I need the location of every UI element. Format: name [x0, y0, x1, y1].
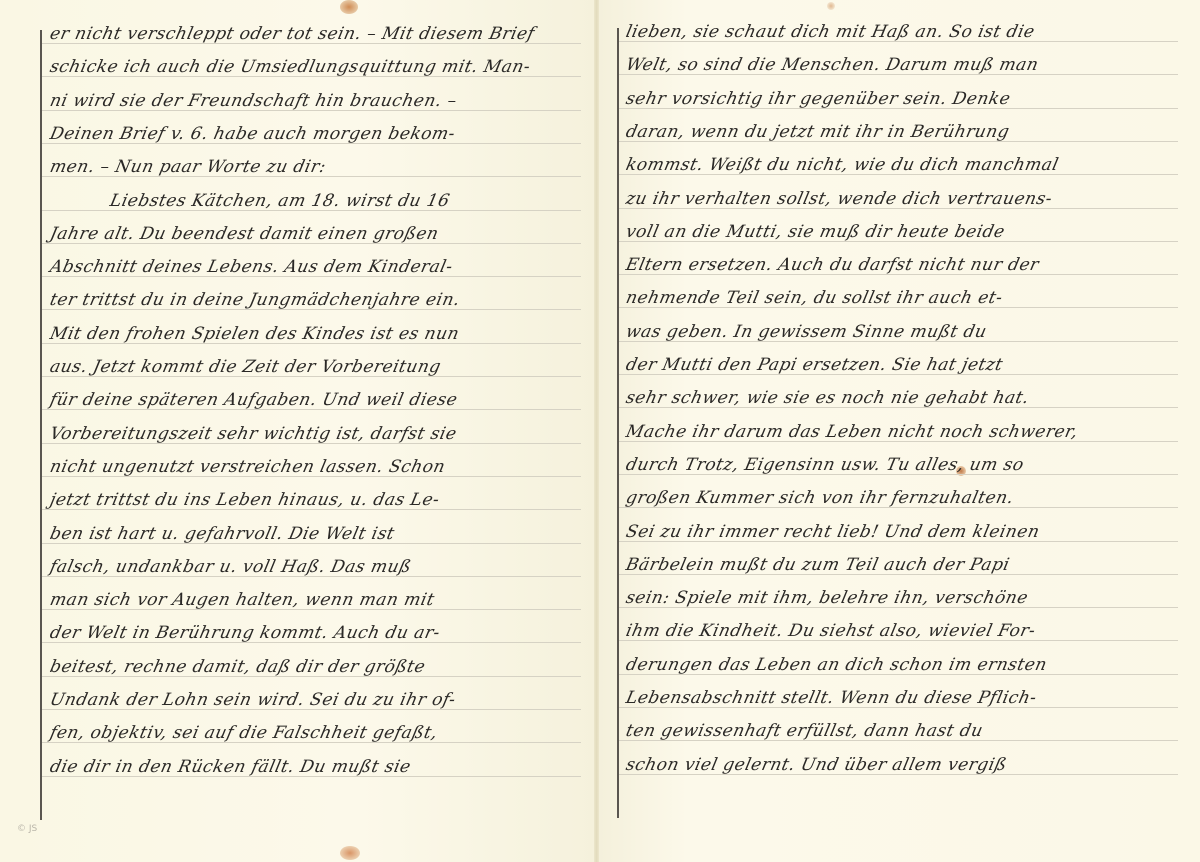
- handwritten-line: daran, wenn du jetzt mit ihr in Berührun…: [624, 122, 1011, 142]
- handwritten-line: sein: Spiele mit ihm, belehre ihn, versc…: [624, 588, 1030, 608]
- handwritten-line: der Welt in Berührung kommt. Auch du ar-: [48, 623, 442, 643]
- left-page-text: er nicht verschleppt oder tot sein. – Mi…: [48, 0, 588, 862]
- handwritten-line: men. – Nun paar Worte zu dir:: [48, 157, 328, 177]
- handwritten-line: derungen das Leben an dich schon im erns…: [624, 655, 1049, 675]
- handwritten-line: Welt, so sind die Menschen. Darum muß ma…: [624, 55, 1040, 75]
- handwritten-line: Lebensabschnitt stellt. Wenn du diese Pf…: [624, 688, 1039, 708]
- left-margin-line: [40, 30, 42, 820]
- handwritten-line: schicke ich auch die Umsiedlungsquittung…: [48, 57, 532, 77]
- handwritten-line: nehmende Teil sein, du sollst ihr auch e…: [624, 288, 1005, 308]
- handwritten-line: er nicht verschleppt oder tot sein. – Mi…: [48, 24, 536, 44]
- handwritten-line: ben ist hart u. gefahrvoll. Die Welt ist: [48, 524, 396, 544]
- handwritten-line: ni wird sie der Freundschaft hin brauche…: [48, 91, 459, 111]
- right-margin-line: [617, 28, 619, 818]
- handwritten-line: beitest, rechne damit, daß dir der größt…: [48, 657, 427, 677]
- handwritten-line: Jahre alt. Du beendest damit einen große…: [48, 224, 441, 244]
- handwritten-line: Mache ihr darum das Leben nicht noch sch…: [624, 422, 1080, 442]
- handwritten-line: Mit den frohen Spielen des Kindes ist es…: [48, 324, 461, 344]
- handwritten-line: großen Kummer sich von ihr fernzuhalten.: [624, 488, 1016, 508]
- handwritten-line: ter trittst du in deine Jungmädchenjahre…: [48, 290, 462, 310]
- handwritten-line: Undank der Lohn sein wird. Sei du zu ihr…: [48, 690, 458, 710]
- handwritten-line: Sei zu ihr immer recht lieb! Und dem kle…: [624, 522, 1041, 542]
- handwritten-line: Bärbelein mußt du zum Teil auch der Papi: [624, 555, 1011, 575]
- page-fold: [594, 0, 599, 862]
- handwritten-line: Abschnitt deines Lebens. Aus dem Kindera…: [48, 257, 455, 277]
- handwritten-line: zu ihr verhalten sollst, wende dich vert…: [624, 189, 1054, 209]
- handwritten-line: jetzt trittst du ins Leben hinaus, u. da…: [48, 490, 441, 510]
- handwritten-line: falsch, undankbar u. voll Haß. Das muß: [48, 557, 413, 577]
- handwritten-line: sehr schwer, wie sie es noch nie gehabt …: [624, 388, 1031, 408]
- handwritten-line: aus. Jetzt kommt die Zeit der Vorbereitu…: [48, 357, 443, 377]
- handwritten-line: man sich vor Augen halten, wenn man mit: [48, 590, 436, 610]
- handwritten-line: lieben, sie schaut dich mit Haß an. So i…: [624, 22, 1037, 42]
- handwritten-line: für deine späteren Aufgaben. Und weil di…: [48, 390, 459, 410]
- right-page-text: lieben, sie schaut dich mit Haß an. So i…: [624, 0, 1184, 862]
- handwritten-line: Eltern ersetzen. Auch du darfst nicht nu…: [624, 255, 1041, 275]
- handwritten-line: nicht ungenutzt verstreichen lassen. Sch…: [48, 457, 447, 477]
- handwritten-line: die dir in den Rücken fällt. Du mußt sie: [48, 757, 413, 777]
- handwritten-line: der Mutti den Papi ersetzen. Sie hat jet…: [624, 355, 1005, 375]
- handwritten-line: Deinen Brief v. 6. habe auch morgen beko…: [48, 124, 457, 144]
- handwritten-line: sehr vorsichtig ihr gegenüber sein. Denk…: [624, 89, 1012, 109]
- handwritten-line: voll an die Mutti, sie muß dir heute bei…: [624, 222, 1007, 242]
- handwritten-line: durch Trotz, Eigensinn usw. Tu alles, um…: [624, 455, 1026, 475]
- handwritten-line: Vorbereitungszeit sehr wichtig ist, darf…: [48, 424, 459, 444]
- copyright-watermark: © JS: [17, 824, 37, 834]
- handwritten-line: was geben. In gewissem Sinne mußt du: [624, 322, 989, 342]
- handwritten-line: schon viel gelernt. Und über allem vergi…: [624, 755, 1009, 775]
- handwritten-line: ihm die Kindheit. Du siehst also, wievie…: [624, 621, 1037, 641]
- handwritten-line: kommst. Weißt du nicht, wie du dich manc…: [624, 155, 1061, 175]
- handwritten-line: fen, objektiv, sei auf die Falschheit ge…: [48, 723, 440, 743]
- handwritten-line: Liebstes Kätchen, am 18. wirst du 16: [108, 191, 452, 211]
- handwritten-line: ten gewissenhaft erfüllst, dann hast du: [624, 721, 985, 741]
